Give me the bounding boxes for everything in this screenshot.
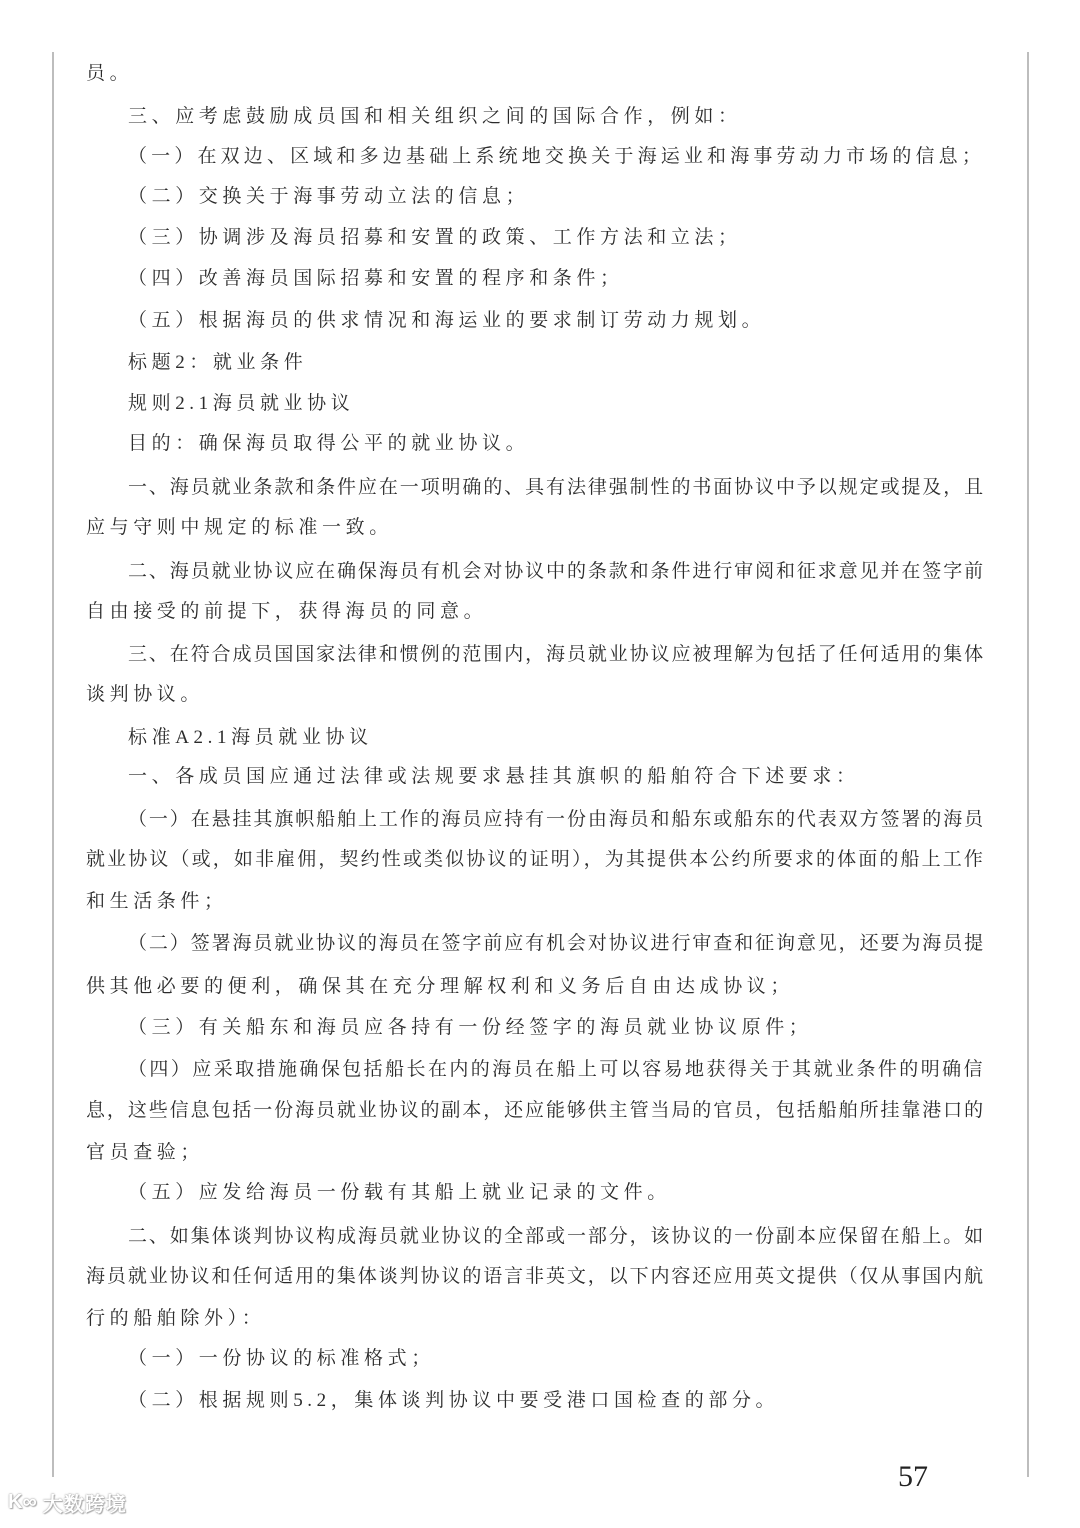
text-line: 规则2.1海员就业协议 <box>128 392 354 416</box>
text-line: 二、如集体谈判协议构成海员就业协议的全部或一部分，该协议的一份副本应保留在船上。… <box>128 1225 985 1249</box>
text-line: （三）有关船东和海员应各持有一份经签字的海员就业协议原件； <box>128 1016 812 1040</box>
page-number: 57 <box>898 1460 928 1494</box>
text-line: 三、应考虑鼓励成员国和相关组织之间的国际合作，例如： <box>128 105 742 129</box>
text-line: 一、各成员国应通过法律或法规要求悬挂其旗帜的船舶符合下述要求： <box>128 765 860 789</box>
text-line: （一）在悬挂其旗帜船舶上工作的海员应持有一份由海员和船东或船东的代表双方签署的海… <box>128 808 985 832</box>
right-margin-rule <box>1027 52 1029 1477</box>
text-line: （二）签署海员就业协议的海员在签字前应有机会对协议进行审查和征询意见，还要为海员… <box>128 932 985 956</box>
text-line: （二）交换关于海事劳动立法的信息； <box>128 185 529 209</box>
text-line: 供其他必要的便利，确保其在充分理解权利和义务后自由达成协议； <box>86 975 794 999</box>
text-line: 一、海员就业条款和条件应在一项明确的、具有法律强制性的书面协议中予以规定或提及，… <box>128 476 985 500</box>
text-line: 就业协议（或，如非雇佣，契约性或类似协议的证明），为其提供本公约所要求的体面的船… <box>86 848 985 872</box>
text-line: 员。 <box>86 62 133 86</box>
text-line: 海员就业协议和任何适用的集体谈判协议的语言非英文，以下内容还应用英文提供（仅从事… <box>86 1265 985 1289</box>
text-line: 行的船舶除外）： <box>86 1307 265 1331</box>
text-line: （五）应发给海员一份载有其船上就业记录的文件。 <box>128 1181 671 1205</box>
watermark: K∞ 大数跨境 <box>8 1488 127 1516</box>
text-line: （四）应采取措施确保包括船长在内的海员在船上可以容易地获得关于其就业条件的明确信 <box>128 1058 985 1082</box>
kjoo-logo-icon: K∞ <box>8 1491 37 1514</box>
text-line: （一）在双边、区域和多边基础上系统地交换关于海运业和海事劳动力市场的信息； <box>128 145 985 169</box>
text-line: 标题2：就业条件 <box>128 351 307 375</box>
left-margin-rule <box>52 52 54 1477</box>
text-line: （二）根据规则5.2，集体谈判协议中要受港口国检查的部分。 <box>128 1389 779 1413</box>
text-line: （三）协调涉及海员招募和安置的政策、工作方法和立法； <box>128 226 742 250</box>
text-line: 自由接受的前提下，获得海员的同意。 <box>86 600 487 624</box>
text-line: 应与守则中规定的标准一致。 <box>86 516 393 540</box>
text-line: 和生活条件； <box>86 890 228 914</box>
text-line: 三、在符合成员国国家法律和惯例的范围内，海员就业协议应被理解为包括了任何适用的集… <box>128 643 985 667</box>
document-page: 员。三、应考虑鼓励成员国和相关组织之间的国际合作，例如：（一）在双边、区域和多边… <box>0 0 1080 1528</box>
text-line: （五）根据海员的供求情况和海运业的要求制订劳动力规划。 <box>128 309 765 333</box>
text-line: （四）改善海员国际招募和安置的程序和条件； <box>128 267 624 291</box>
text-line: 官员查验； <box>86 1141 204 1165</box>
text-line: 息，这些信息包括一份海员就业协议的副本，还应能够供主管当局的官员，包括船舶所挂靠… <box>86 1099 985 1123</box>
watermark-text: 大数跨境 <box>43 1488 127 1517</box>
text-line: （一）一份协议的标准格式； <box>128 1347 435 1371</box>
text-line: 二、海员就业协议应在确保海员有机会对协议中的条款和条件进行审阅和征求意见并在签字… <box>128 560 985 584</box>
text-line: 目的：确保海员取得公平的就业协议。 <box>128 432 529 456</box>
text-line: 标准A2.1海员就业协议 <box>128 726 373 750</box>
text-line: 谈判协议。 <box>86 683 204 707</box>
